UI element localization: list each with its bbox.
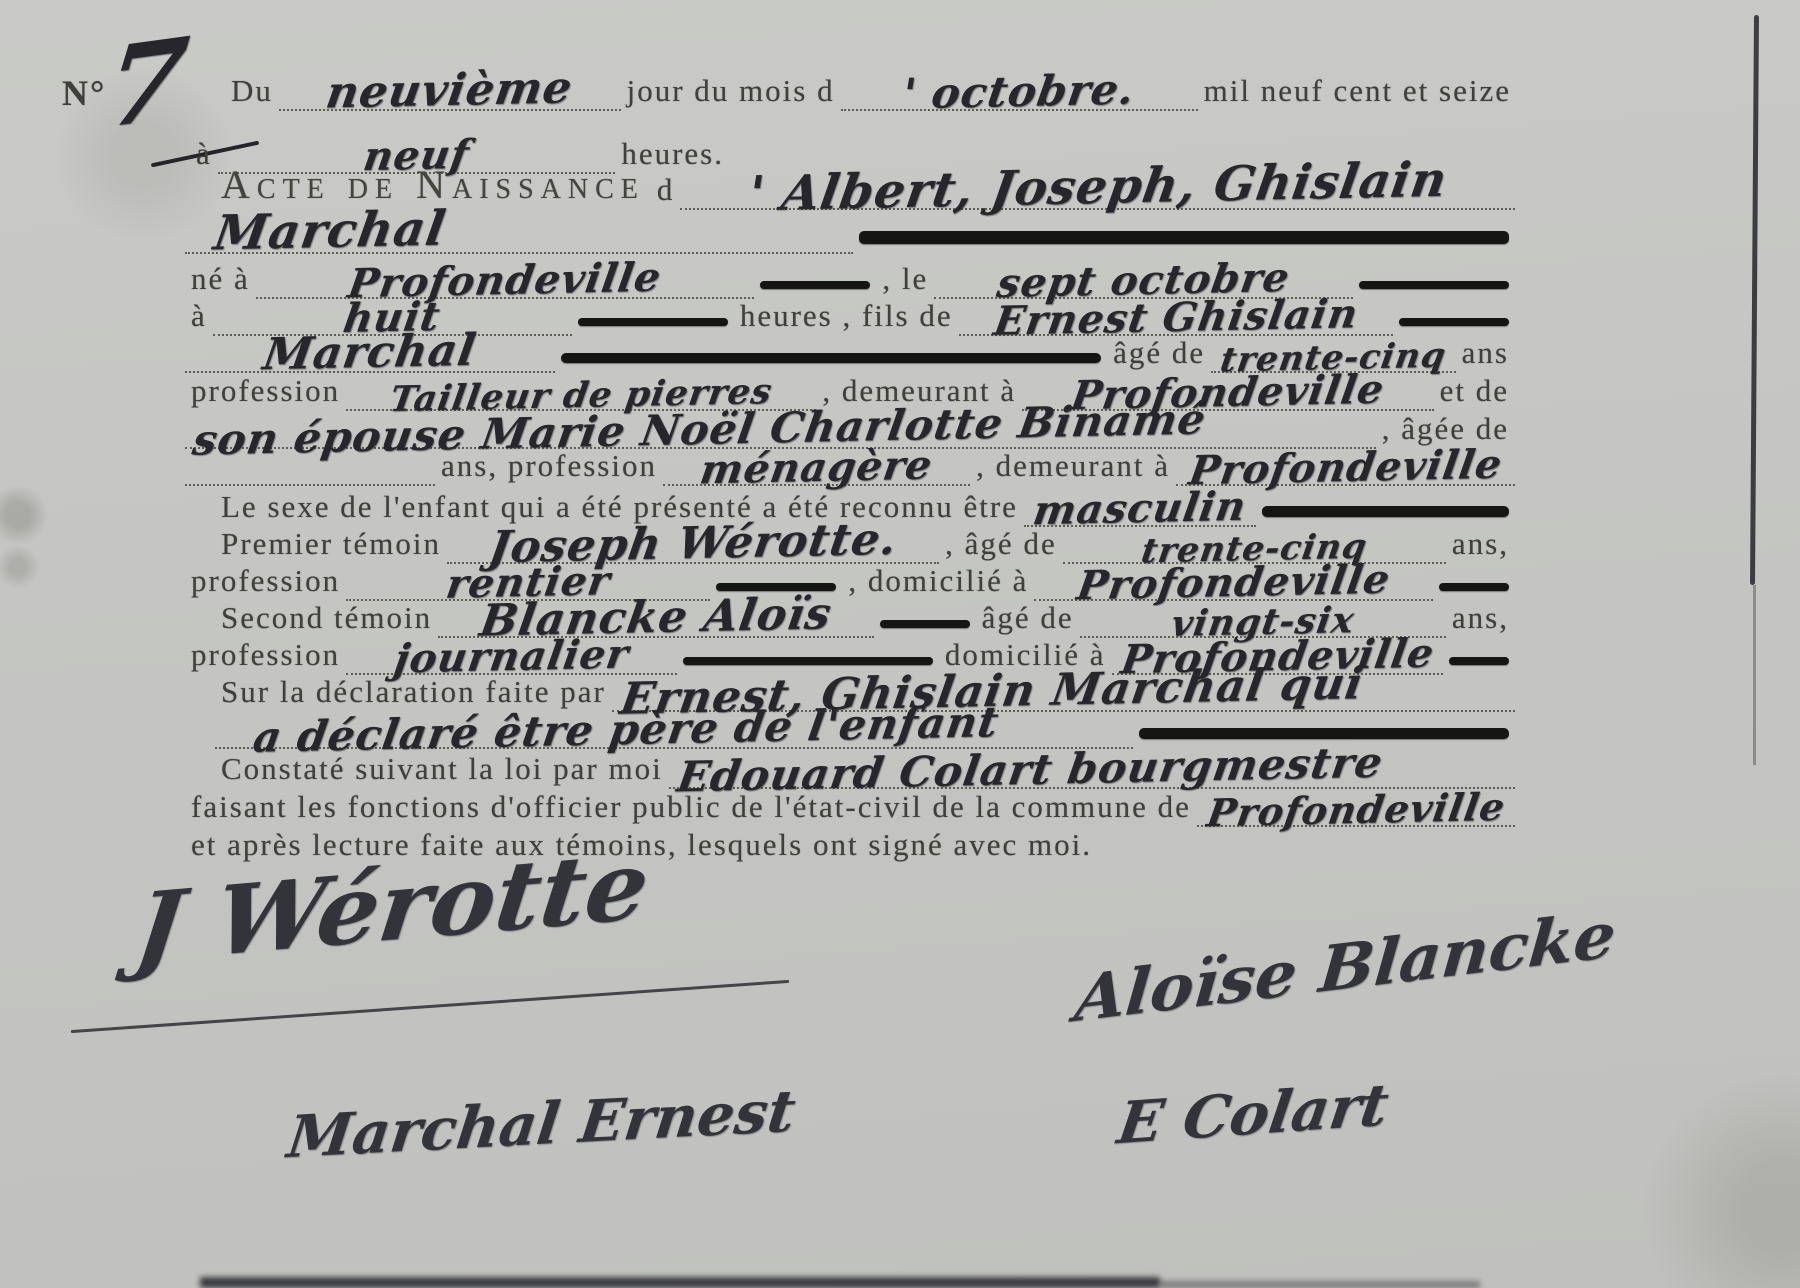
a-label: à xyxy=(196,136,212,172)
signature-blancke: Aloïse Blancke xyxy=(1072,898,1619,1037)
bottom-scan-edge-2 xyxy=(1160,1281,1480,1288)
birth-certificate-scan: N° 7 Du neuvième jour du mois d ' octobr… xyxy=(0,0,1800,1288)
month-value: ' octobre. xyxy=(899,65,1139,119)
day-field: neuvième xyxy=(279,55,621,111)
bottom-scan-edge xyxy=(200,1277,1160,1288)
binding-ink-line-faint xyxy=(1753,585,1756,765)
jour-du-mois-label: jour du mois d xyxy=(627,73,835,109)
signature-colart: E Colart xyxy=(1114,1071,1393,1157)
day-value: neuvième xyxy=(323,62,577,118)
year-label: mil neuf cent et seize xyxy=(1204,73,1511,109)
signature-flourish xyxy=(71,980,789,1033)
act-number-value: 7 xyxy=(100,13,195,154)
act-number-label: N° xyxy=(62,72,106,114)
du-label: Du xyxy=(231,73,273,109)
date-line: Du neuvième jour du mois d ' octobre. mi… xyxy=(225,55,1517,111)
month-field: ' octobre. xyxy=(841,55,1198,111)
signature-marchal: Marchal Ernest xyxy=(284,1077,799,1171)
binding-ink-line xyxy=(1750,15,1759,585)
